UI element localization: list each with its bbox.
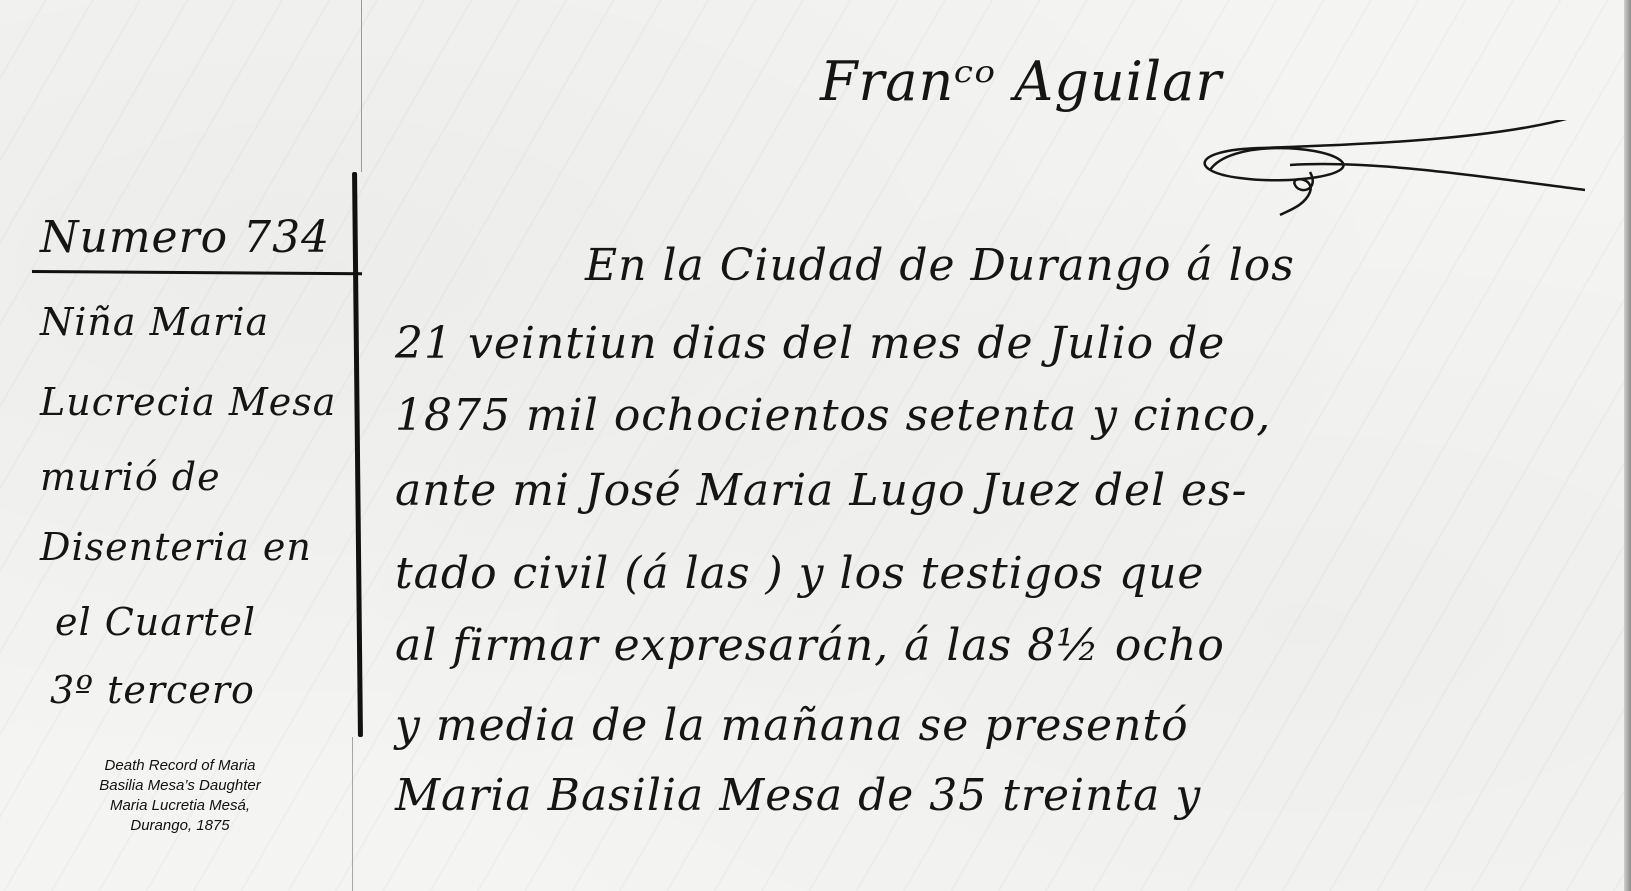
margin-line: Disenteria en <box>40 525 312 569</box>
margin-line: Lucrecia Mesa <box>40 380 336 424</box>
scanned-page: Franᶜᵒ Aguilar Numero 734 Niña Maria Luc… <box>0 0 1631 891</box>
body-line: tado civil (á las ) y los testigos que <box>395 548 1204 599</box>
record-number-underline <box>32 270 362 275</box>
body-line: 21 veintiun dias del mes de Julio de <box>395 318 1225 369</box>
margin-rule-faint-top <box>361 0 362 172</box>
image-caption: Death Record of Maria Basilia Mesa’s Dau… <box>40 756 320 836</box>
margin-line: murió de <box>40 455 221 499</box>
margin-line: 3º tercero <box>50 668 255 712</box>
body-line: 1875 mil ochocientos setenta y cinco, <box>395 390 1271 441</box>
margin-line: Niña Maria <box>40 300 269 344</box>
caption-line: Durango, 1875 <box>40 816 320 836</box>
margin-rule-bold <box>352 172 363 737</box>
caption-line: Death Record of Maria <box>40 756 320 776</box>
body-line: al firmar expresarán, á las 8½ ocho <box>395 620 1225 671</box>
caption-line: Basilia Mesa’s Daughter <box>40 776 320 796</box>
body-line: En la Ciudad de Durango á los <box>585 240 1295 291</box>
body-line: y media de la mañana se presentó <box>395 700 1189 751</box>
margin-rule-faint-bottom <box>352 737 353 891</box>
record-number: Numero 734 <box>40 212 330 263</box>
body-line: Maria Basilia Mesa de 35 treinta y <box>395 770 1201 821</box>
page-edge-shadow <box>1624 0 1631 891</box>
body-line: ante mi José Maria Lugo Juez del es- <box>395 465 1248 516</box>
margin-line: el Cuartel <box>55 600 256 644</box>
caption-line: Maria Lucretia Mesá, <box>40 796 320 816</box>
header-signature: Franᶜᵒ Aguilar <box>820 50 1222 113</box>
signature-flourish-icon <box>1170 120 1590 220</box>
